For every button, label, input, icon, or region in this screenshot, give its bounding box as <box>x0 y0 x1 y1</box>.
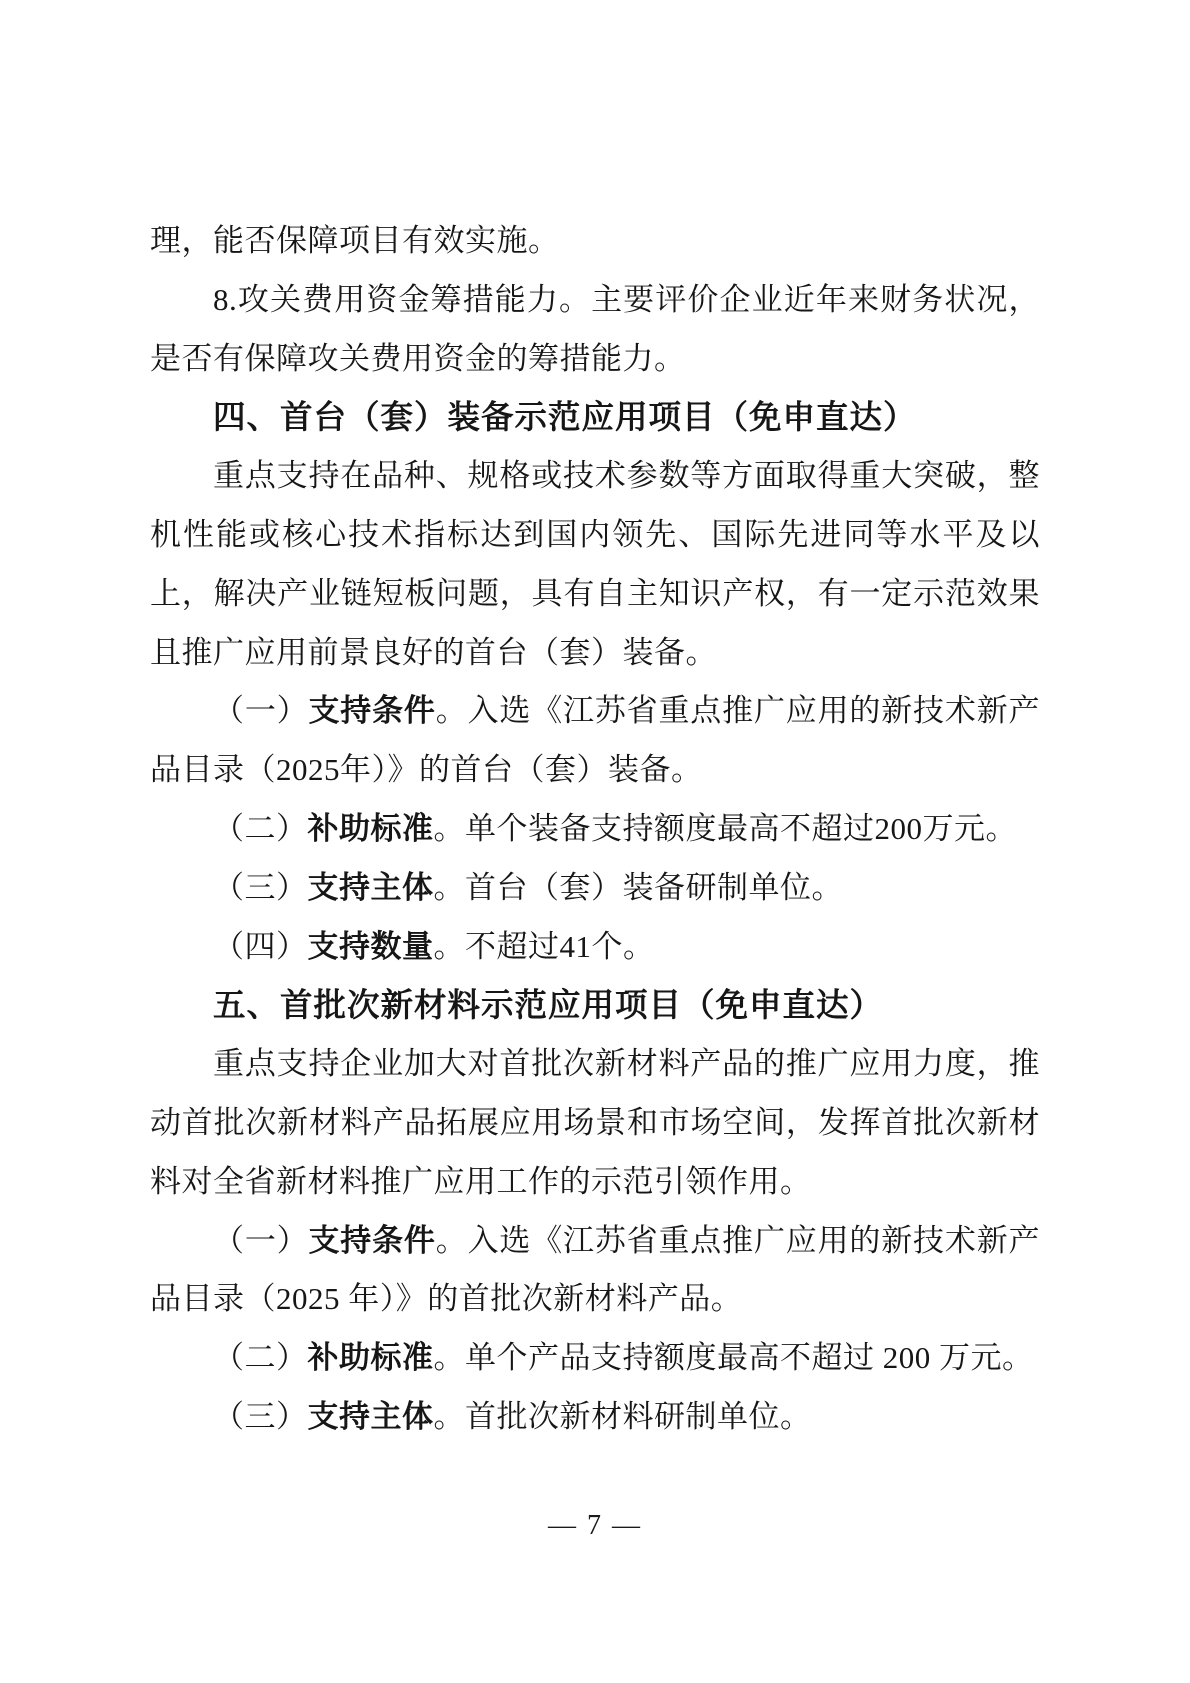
document-body: 理，能否保障项目有效实施。8.攻关费用资金筹措能力。主要评价企业近年来财务状况，… <box>150 212 1040 1447</box>
text-segment: 且推广应用前景良好的首台（套）装备。 <box>150 635 717 670</box>
text-line: （二）补助标准。单个装备支持额度最高不超过200万元。 <box>150 800 1040 859</box>
text-line: 重点支持企业加大对首批次新材料产品的推广应用力度，推 <box>150 1035 1040 1094</box>
text-segment: 动首批次新材料产品拓展应用场景和市场空间，发挥首批次新材 <box>150 1105 1040 1140</box>
text-line: 重点支持在品种、规格或技术参数等方面取得重大突破，整 <box>150 447 1040 506</box>
emphasis-label: 支持主体 <box>308 1399 434 1434</box>
text-segment: 四、首台（套）装备示范应用项目（免申直达） <box>213 399 917 435</box>
document-page: 理，能否保障项目有效实施。8.攻关费用资金筹措能力。主要评价企业近年来财务状况，… <box>0 0 1190 1683</box>
text-segment: （二） <box>213 1340 308 1375</box>
text-segment: （三） <box>213 1399 308 1434</box>
text-segment: 。首批次新材料研制单位。 <box>434 1399 812 1434</box>
text-segment: 。单个产品支持额度最高不超过 200 万元。 <box>434 1340 1034 1375</box>
text-segment: 重点支持在品种、规格或技术参数等方面取得重大突破，整 <box>213 458 1040 493</box>
text-line: 上，解决产业链短板问题，具有自主知识产权，有一定示范效果 <box>150 565 1040 624</box>
text-line: 且推广应用前景良好的首台（套）装备。 <box>150 624 1040 683</box>
text-segment: 机性能或核心技术指标达到国内领先、国际先进同等水平及以 <box>150 517 1040 552</box>
page-footer: — 7 — <box>0 1510 1190 1542</box>
text-segment: 。单个装备支持额度最高不超过200万元。 <box>434 811 1018 846</box>
emphasis-label: 支持条件 <box>308 693 435 728</box>
text-line: 理，能否保障项目有效实施。 <box>150 212 1040 271</box>
text-line: 料对全省新材料推广应用工作的示范引领作用。 <box>150 1153 1040 1212</box>
text-segment: 。首台（套）装备研制单位。 <box>434 870 844 905</box>
text-line: 品目录（2025 年）》的首批次新材料产品。 <box>150 1270 1040 1329</box>
section-heading: 四、首台（套）装备示范应用项目（免申直达） <box>150 388 1040 447</box>
text-line: （四）支持数量。不超过41个。 <box>150 918 1040 977</box>
text-segment: （三） <box>213 870 308 905</box>
text-segment: 。入选《江苏省重点推广应用的新技术新产 <box>436 693 1040 728</box>
text-line: 品目录（2025年）》的首台（套）装备。 <box>150 741 1040 800</box>
text-segment: 是否有保障攻关费用资金的筹措能力。 <box>150 341 686 376</box>
text-line: （一）支持条件。入选《江苏省重点推广应用的新技术新产 <box>150 682 1040 741</box>
text-segment: 五、首批次新材料示范应用项目（免申直达） <box>213 987 883 1023</box>
emphasis-label: 支持主体 <box>308 870 434 905</box>
text-line: （二）补助标准。单个产品支持额度最高不超过 200 万元。 <box>150 1329 1040 1388</box>
text-segment: 品目录（2025 年）》的首批次新材料产品。 <box>150 1281 742 1316</box>
emphasis-label: 补助标准 <box>308 811 434 846</box>
text-segment: （二） <box>213 811 308 846</box>
text-segment: 。不超过41个。 <box>434 929 655 964</box>
text-line: 动首批次新材料产品拓展应用场景和市场空间，发挥首批次新材 <box>150 1094 1040 1153</box>
emphasis-label: 支持数量 <box>308 929 434 964</box>
text-segment: （一） <box>213 693 308 728</box>
text-line: 机性能或核心技术指标达到国内领先、国际先进同等水平及以 <box>150 506 1040 565</box>
text-segment: （四） <box>213 929 308 964</box>
text-segment: 品目录（2025年）》的首台（套）装备。 <box>150 752 703 787</box>
section-heading: 五、首批次新材料示范应用项目（免申直达） <box>150 976 1040 1035</box>
page-number: — 7 — <box>548 1510 642 1541</box>
text-line: （三）支持主体。首台（套）装备研制单位。 <box>150 859 1040 918</box>
emphasis-label: 支持条件 <box>308 1223 435 1258</box>
emphasis-label: 补助标准 <box>308 1340 434 1375</box>
text-segment: 上，解决产业链短板问题，具有自主知识产权，有一定示范效果 <box>150 576 1040 611</box>
text-segment: 。入选《江苏省重点推广应用的新技术新产 <box>436 1223 1040 1258</box>
text-line: （三）支持主体。首批次新材料研制单位。 <box>150 1388 1040 1447</box>
text-line: 是否有保障攻关费用资金的筹措能力。 <box>150 330 1040 389</box>
text-segment: （一） <box>213 1223 308 1258</box>
text-segment: 理，能否保障项目有效实施。 <box>150 223 560 258</box>
text-segment: 8.攻关费用资金筹措能力。主要评价企业近年来财务状况， <box>213 282 1040 317</box>
text-line: 8.攻关费用资金筹措能力。主要评价企业近年来财务状况， <box>150 271 1040 330</box>
text-line: （一）支持条件。入选《江苏省重点推广应用的新技术新产 <box>150 1212 1040 1271</box>
text-segment: 料对全省新材料推广应用工作的示范引领作用。 <box>150 1164 812 1199</box>
text-segment: 重点支持企业加大对首批次新材料产品的推广应用力度，推 <box>213 1046 1040 1081</box>
